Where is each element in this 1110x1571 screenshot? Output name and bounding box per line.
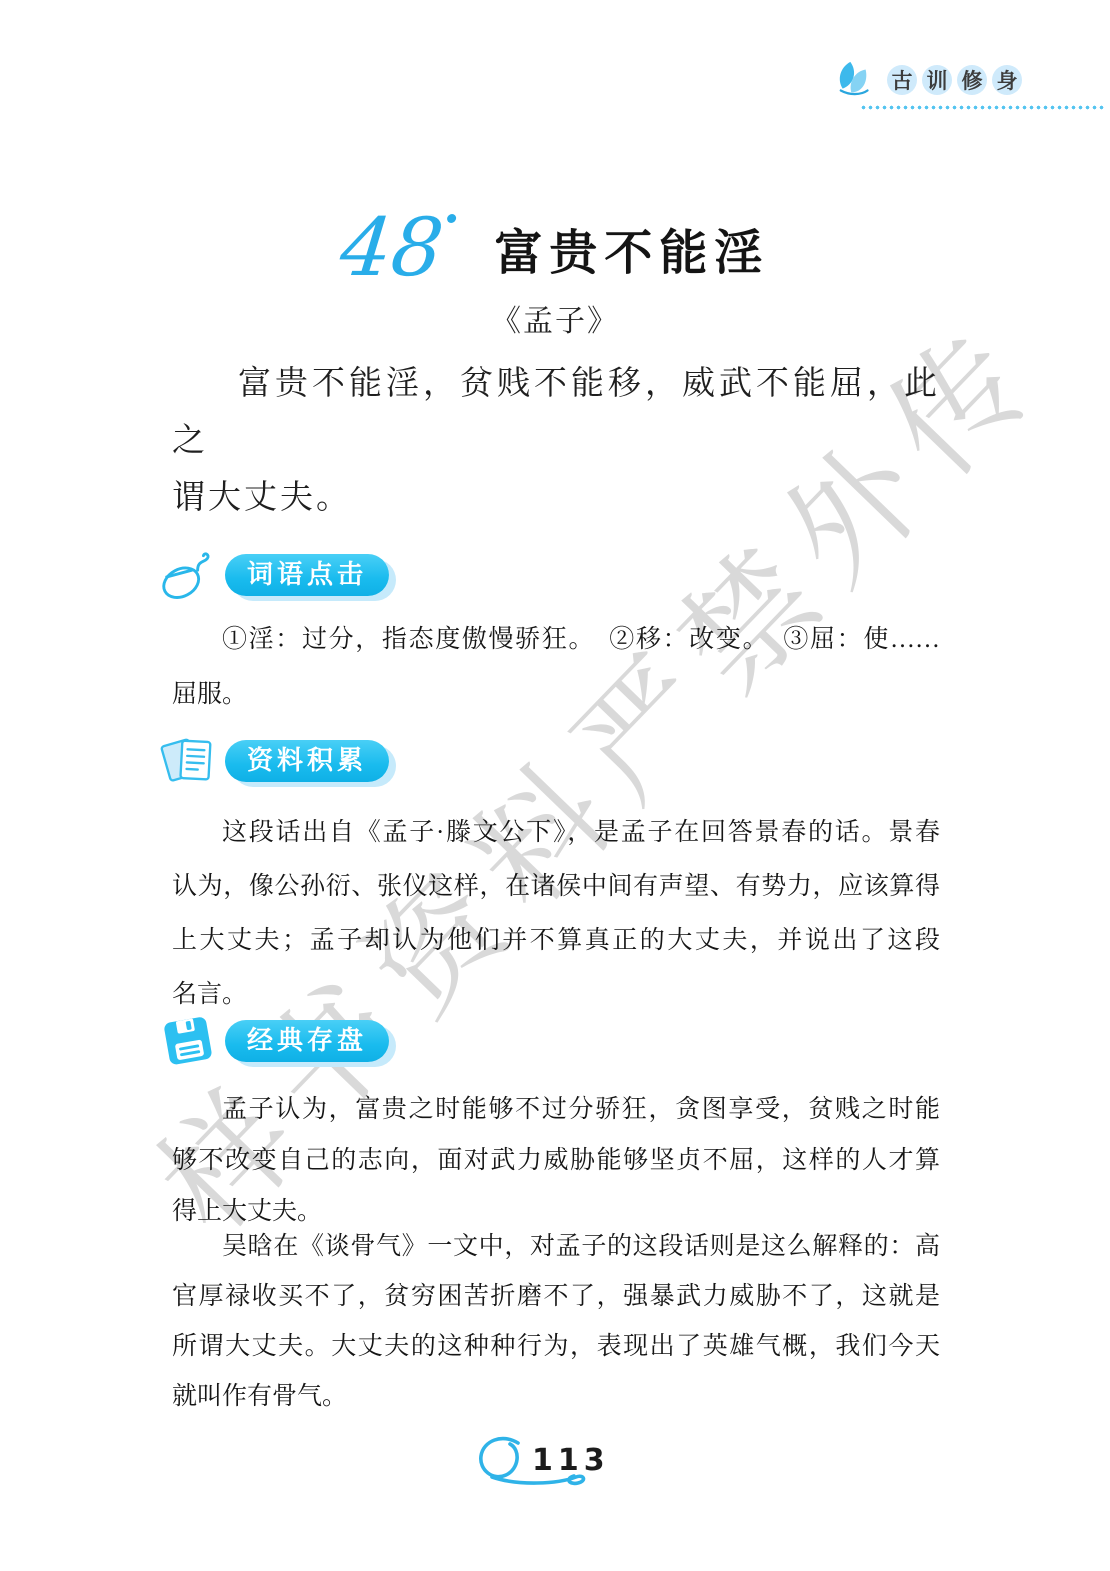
floppy-icon [158,1012,216,1070]
documents-icon [158,732,216,790]
material-paragraph: 这段话出自《孟子·滕文公下》，是孟子在回答景春的话。景春 认为，像公孙衍、张仪这… [172,806,940,1022]
paragraph-line: 这段话出自《孟子·滕文公下》，是孟子在回答景春的话。景春 [172,806,940,860]
paragraph-line: 上大丈夫；孟子却认为他们并不算真正的大丈夫，并说出了这段 [172,914,940,968]
series-title-char: 训 [922,65,952,95]
section-wordclick-badge: 词语点击 [225,554,389,597]
series-title-char: 身 [992,65,1022,95]
paragraph-line: 就叫作有骨气。 [172,1372,940,1422]
lesson-source: 《孟子》 [0,296,1110,340]
page-number: 113 [532,1443,610,1478]
book-page: 样书资料严禁外传 古训修身 48 富贵不能淫 《孟子》 富贵不能淫，贫贱不能移，… [0,0,1110,1571]
section-wordclick-badge-row: 词语点击 [158,546,389,604]
classic-paragraph-1: 孟子认为，富贵之时能够不过分骄狂，贪图享受，贫贱之时能 够不改变自己的志向，面对… [172,1084,940,1237]
leaf-icon [836,60,878,100]
page-footer: 113 [0,1434,1110,1494]
paragraph-line: 所谓大丈夫。大丈夫的这种种行为，表现出了英雄气概，我们今天 [172,1322,940,1372]
section-material-badge-row: 资料积累 [158,732,389,790]
classic-paragraph-2: 吴晗在《谈骨气》一文中，对孟子的这段话则是这么解释的：高 官厚禄收买不了，贫穷困… [172,1222,940,1422]
series-title-char: 古 [887,65,917,95]
section-classic-badge-row: 经典存盘 [158,1012,389,1070]
quote-line: 富贵不能淫，贫贱不能移，威武不能屈，此之 [172,356,940,470]
paragraph-line: 够不改变自己的志向，面对武力威胁能够坚贞不屈，这样的人才算 [172,1135,940,1186]
series-title: 古训修身 [882,65,1022,95]
lesson-head: 48 富贵不能淫 [0,208,1110,288]
header-dotted-line [860,105,1104,110]
header-row: 古训修身 [836,60,1104,100]
paragraph-line: 孟子认为，富贵之时能够不过分骄狂，贪图享受，贫贱之时能 [172,1084,940,1135]
note-line: ①淫：过分，指态度傲慢骄狂。 ②移：改变。 ③屈：使…… [172,612,940,667]
paragraph-line: 吴晗在《谈骨气》一文中，对孟子的这段话则是这么解释的：高 [172,1222,940,1272]
page-header: 古训修身 [836,60,1104,110]
mouse-icon [158,546,216,604]
note-line: 屈服。 [172,667,940,722]
quote-line: 谓大丈夫。 [172,470,940,527]
paragraph-line: 官厚禄收买不了，贫穷困苦折磨不了，强暴武力威胁不了，这就是 [172,1272,940,1322]
series-title-char: 修 [957,65,987,95]
footer-inner: 113 [480,1434,630,1494]
lesson-title: 富贵不能淫 [494,214,769,283]
paragraph-line: 认为，像公孙衍、张仪这样，在诸侯中间有声望、有势力，应该算得 [172,860,940,914]
quote-text: 富贵不能淫，贫贱不能移，威武不能屈，此之 谓大丈夫。 [172,356,940,527]
section-classic-badge: 经典存盘 [225,1020,389,1063]
lesson-number: 48 [336,208,446,288]
wordclick-notes: ①淫：过分，指态度傲慢骄狂。 ②移：改变。 ③屈：使…… 屈服。 [172,612,940,722]
section-material-badge: 资料积累 [225,740,389,783]
